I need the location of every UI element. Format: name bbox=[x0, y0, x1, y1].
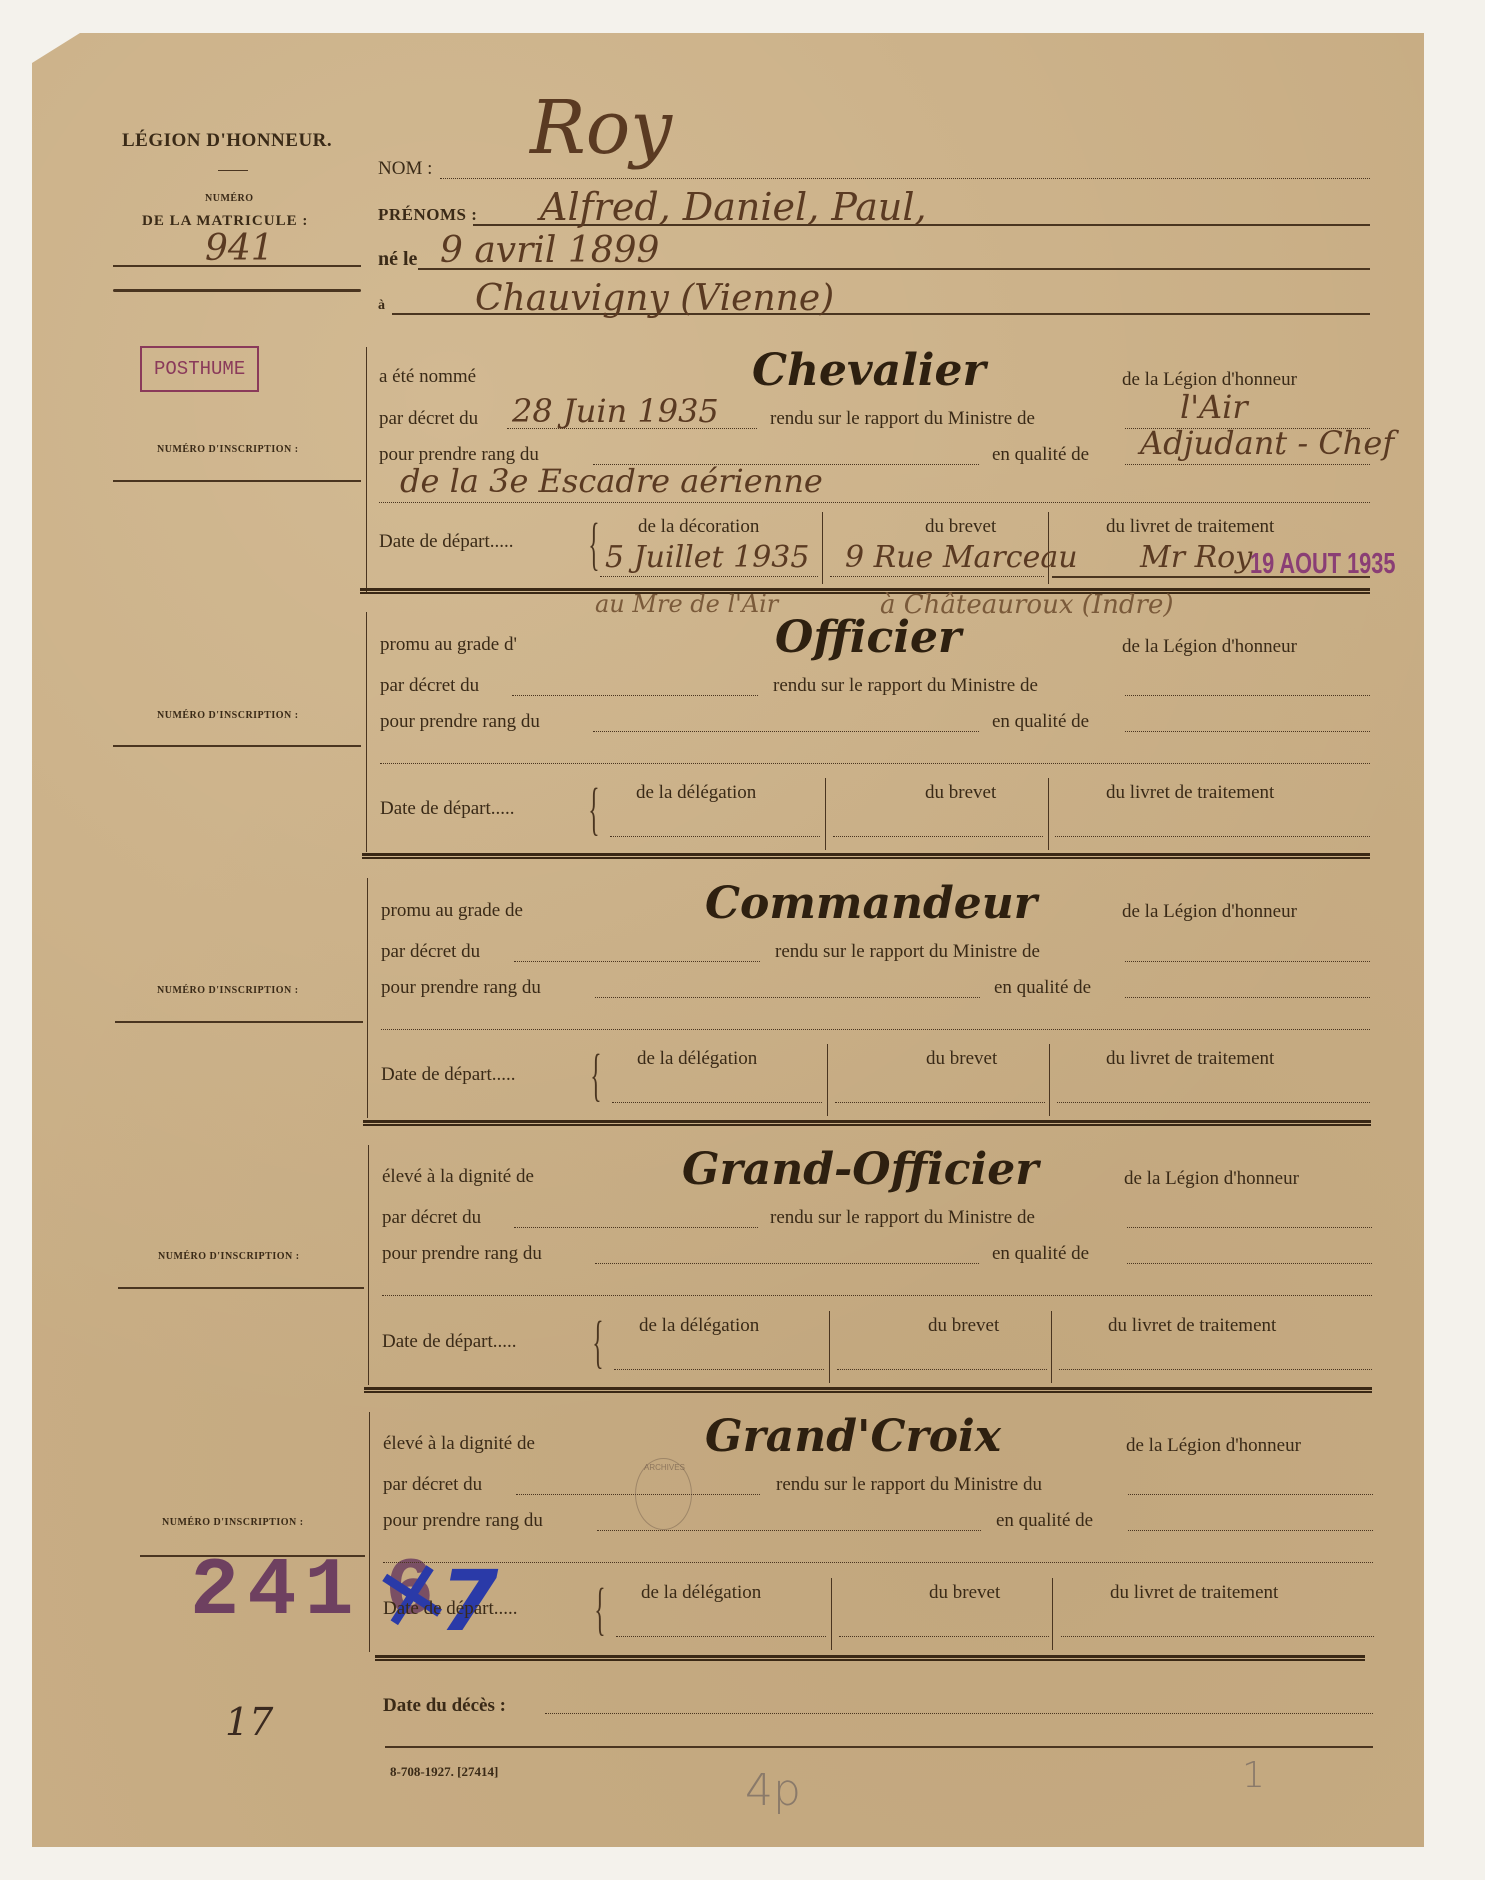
pencil-note-1: 1 bbox=[1242, 1755, 1265, 1796]
officier-rang-line bbox=[593, 731, 979, 732]
officier-extra-line bbox=[380, 763, 1370, 764]
officier-col-divider-2 bbox=[1048, 778, 1049, 850]
ne-le-label: né le bbox=[378, 248, 417, 271]
chevalier-extra-value: de la 3e Escadre aérienne bbox=[400, 462, 823, 500]
grand-croix-rendu-label: rendu sur le rapport du Ministre du bbox=[776, 1474, 1042, 1496]
grand-officier-extra-line bbox=[382, 1295, 1372, 1296]
inscription-line-officier bbox=[113, 745, 361, 747]
inscription-label-chevalier: NUMÉRO D'INSCRIPTION : bbox=[157, 444, 299, 455]
commandeur-extra-line bbox=[381, 1029, 1370, 1030]
commandeur-intro: promu au grade de bbox=[381, 900, 523, 922]
grand-officier-qualite-label: en qualité de bbox=[992, 1243, 1089, 1265]
officier-col-livret: du livret de traitement bbox=[1106, 782, 1274, 804]
grand-croix-col-delegation: de la délégation bbox=[641, 1582, 761, 1604]
chevalier-col-divider-1 bbox=[822, 512, 823, 584]
commandeur-brevet-line bbox=[835, 1102, 1045, 1103]
chevalier-rendu-label: rendu sur le rapport du Ministre de bbox=[770, 408, 1035, 430]
footer-rule bbox=[385, 1746, 1373, 1748]
chevalier-section-divider bbox=[360, 588, 1370, 594]
grand-croix-depart-label: Date de départ..... bbox=[383, 1598, 518, 1620]
grand-officier-livret-line bbox=[1059, 1369, 1372, 1370]
inscription-label-commandeur: NUMÉRO D'INSCRIPTION : bbox=[157, 985, 299, 996]
matricule-label-1: NUMÉRO bbox=[205, 193, 254, 204]
inscription-number-stamp: 241 bbox=[190, 1545, 362, 1638]
officier-rang-label: pour prendre rang du bbox=[380, 711, 540, 733]
officier-delegation-line bbox=[610, 836, 820, 837]
officier-intro: promu au grade d' bbox=[380, 634, 517, 656]
grand-croix-livret-line bbox=[1061, 1636, 1374, 1637]
inscription-line-grand-officier bbox=[118, 1287, 364, 1289]
chevalier-depart-label: Date de départ..... bbox=[379, 531, 514, 553]
inscription-line-commandeur bbox=[115, 1021, 363, 1023]
section-left-rule-grand-croix bbox=[369, 1412, 370, 1652]
date-stamp: 19 AOUT 1935 bbox=[1250, 548, 1395, 581]
commandeur-ministre-line bbox=[1125, 961, 1370, 962]
commandeur-livret-line bbox=[1057, 1102, 1370, 1103]
grand-croix-brace: { bbox=[594, 1580, 605, 1638]
grand-croix-col-livret: du livret de traitement bbox=[1110, 1582, 1278, 1604]
chevalier-intro: a été nommé bbox=[379, 366, 476, 388]
officier-brevet-line bbox=[833, 836, 1043, 837]
deces-line bbox=[545, 1713, 1373, 1714]
chevalier-decoration-line bbox=[600, 576, 818, 577]
grand-croix-col-divider-1 bbox=[831, 1578, 832, 1650]
commandeur-col-delegation: de la délégation bbox=[637, 1048, 757, 1070]
grand-officier-rendu-label: rendu sur le rapport du Ministre de bbox=[770, 1207, 1035, 1229]
grand-croix-extra-line bbox=[383, 1562, 1373, 1563]
chevalier-grade-title: Chevalier bbox=[752, 345, 986, 396]
grand-officier-col-livret: du livret de traitement bbox=[1108, 1315, 1276, 1337]
grand-croix-grade-title: Grand'Croix bbox=[705, 1411, 1001, 1462]
grand-officier-grade-title: Grand-Officier bbox=[682, 1144, 1038, 1195]
grand-croix-delegation-line bbox=[616, 1636, 826, 1637]
nom-label: NOM : bbox=[378, 158, 432, 180]
grand-officier-col-brevet: du brevet bbox=[928, 1315, 999, 1337]
officier-rendu-label: rendu sur le rapport du Ministre de bbox=[773, 675, 1038, 697]
officier-livret-line bbox=[1055, 836, 1370, 837]
grand-officier-delegation-line bbox=[614, 1369, 824, 1370]
commandeur-rang-label: pour prendre rang du bbox=[381, 977, 541, 999]
matricule-underline bbox=[113, 265, 361, 267]
commandeur-rendu-label: rendu sur le rapport du Ministre de bbox=[775, 941, 1040, 963]
section-left-rule-officier bbox=[366, 612, 367, 852]
a-label: à bbox=[378, 298, 385, 314]
grand-croix-rang-line bbox=[597, 1530, 981, 1531]
commandeur-decret-line bbox=[514, 961, 760, 962]
commandeur-col-brevet: du brevet bbox=[926, 1048, 997, 1070]
chevalier-qualite-value: Adjudant - Chef bbox=[1140, 424, 1394, 462]
matricule-double-underline bbox=[113, 289, 361, 292]
grand-officier-col-divider-1 bbox=[829, 1311, 830, 1383]
matricule-value: 941 bbox=[205, 228, 274, 269]
title-underline bbox=[218, 170, 248, 171]
officier-depart-label: Date de départ..... bbox=[380, 798, 515, 820]
a-value: Chauvigny (Vienne) bbox=[475, 278, 834, 319]
commandeur-legion: de la Légion d'honneur bbox=[1122, 901, 1297, 923]
chevalier-ministre-value: l'Air bbox=[1180, 388, 1248, 426]
section-left-rule-grand-officier bbox=[368, 1145, 369, 1385]
grand-officier-depart-label: Date de départ..... bbox=[382, 1331, 517, 1353]
nom-line bbox=[440, 178, 1370, 179]
print-reference: 8-708-1927. [27414] bbox=[390, 1764, 498, 1780]
commandeur-col-divider-1 bbox=[827, 1044, 828, 1116]
prenoms-value: Alfred, Daniel, Paul, bbox=[540, 185, 927, 229]
inscription-label-officier: NUMÉRO D'INSCRIPTION : bbox=[157, 710, 299, 721]
officier-section-divider bbox=[362, 853, 1370, 859]
grand-officier-rang-line bbox=[595, 1263, 979, 1264]
officier-decret-line bbox=[512, 695, 758, 696]
officier-brace: { bbox=[588, 780, 599, 838]
grand-croix-ministre-line bbox=[1128, 1494, 1373, 1495]
posthume-stamp: POSTHUME bbox=[140, 346, 259, 392]
grand-officier-qualite-line bbox=[1127, 1263, 1372, 1264]
commandeur-delegation-line bbox=[612, 1102, 822, 1103]
grand-officier-ministre-line bbox=[1127, 1227, 1372, 1228]
officier-col-delegation: de la délégation bbox=[636, 782, 756, 804]
grand-officier-legion: de la Légion d'honneur bbox=[1124, 1168, 1299, 1190]
commandeur-qualite-label: en qualité de bbox=[994, 977, 1091, 999]
pencil-note-4p: 4p bbox=[745, 1765, 801, 1816]
officier-qualite-line bbox=[1125, 731, 1370, 732]
document-title: LÉGION D'HONNEUR. bbox=[122, 130, 332, 152]
grand-officier-section-divider bbox=[364, 1387, 1372, 1393]
commandeur-col-livret: du livret de traitement bbox=[1106, 1048, 1274, 1070]
officier-grade-title: Officier bbox=[775, 612, 961, 663]
chevalier-extra-line bbox=[379, 502, 1370, 503]
grand-croix-col-brevet: du brevet bbox=[929, 1582, 1000, 1604]
grand-officier-brevet-line bbox=[837, 1369, 1047, 1370]
grand-croix-section-divider bbox=[375, 1655, 1365, 1661]
archives-seal-text: ARCHIVES bbox=[644, 1463, 685, 1472]
officier-col-divider-1 bbox=[825, 778, 826, 850]
ne-le-value: 9 avril 1899 bbox=[440, 230, 659, 271]
note-17: 17 bbox=[225, 1700, 273, 1744]
officier-legion: de la Légion d'honneur bbox=[1122, 636, 1297, 658]
grand-officier-brace: { bbox=[592, 1313, 603, 1371]
chevalier-livret-value: Mr Roy bbox=[1140, 540, 1252, 575]
inscription-label-grand-croix: NUMÉRO D'INSCRIPTION : bbox=[162, 1517, 304, 1528]
chevalier-brevet-line bbox=[830, 576, 1044, 577]
grand-croix-rang-label: pour prendre rang du bbox=[383, 1510, 543, 1532]
chevalier-col-decoration: de la décoration bbox=[638, 516, 759, 538]
chevalier-col-livret: du livret de traitement bbox=[1106, 516, 1274, 538]
grand-officier-col-divider-2 bbox=[1051, 1311, 1052, 1383]
grand-croix-qualite-label: en qualité de bbox=[996, 1510, 1093, 1532]
grand-croix-col-divider-2 bbox=[1052, 1578, 1053, 1650]
section-left-rule-commandeur bbox=[367, 878, 368, 1118]
commandeur-section-divider bbox=[363, 1120, 1371, 1126]
commandeur-qualite-line bbox=[1125, 997, 1370, 998]
grand-officier-intro: élevé à la dignité de bbox=[382, 1166, 534, 1188]
grand-officier-col-delegation: de la délégation bbox=[639, 1315, 759, 1337]
grand-croix-brevet-line bbox=[839, 1636, 1049, 1637]
grand-croix-decret-label: par décret du bbox=[383, 1474, 482, 1496]
grand-croix-intro: élevé à la dignité de bbox=[383, 1433, 535, 1455]
chevalier-qualite-label: en qualité de bbox=[992, 444, 1089, 466]
commandeur-decret-label: par décret du bbox=[381, 941, 480, 963]
chevalier-brace: { bbox=[588, 515, 599, 573]
grand-croix-legion: de la Légion d'honneur bbox=[1126, 1435, 1301, 1457]
commandeur-brace: { bbox=[590, 1046, 601, 1104]
prenoms-label: PRÉNOMS : bbox=[378, 205, 477, 225]
grand-officier-decret-label: par décret du bbox=[382, 1207, 481, 1229]
nom-value: Roy bbox=[530, 85, 672, 171]
commandeur-rang-line bbox=[595, 997, 980, 998]
deces-label: Date du décès : bbox=[383, 1695, 506, 1717]
commandeur-depart-label: Date de départ..... bbox=[381, 1064, 516, 1086]
archives-seal: ARCHIVES bbox=[635, 1458, 692, 1530]
chevalier-decret-label: par décret du bbox=[379, 408, 478, 430]
grand-officier-decret-line bbox=[514, 1227, 758, 1228]
chevalier-qualite-line bbox=[1125, 464, 1370, 465]
chevalier-decoration-note: au Mre de l'Air bbox=[595, 590, 778, 618]
chevalier-col-brevet: du brevet bbox=[925, 516, 996, 538]
chevalier-brevet-value: 9 Rue Marceau bbox=[845, 540, 1078, 575]
commandeur-col-divider-2 bbox=[1049, 1044, 1050, 1116]
chevalier-decoration-value: 5 Juillet 1935 bbox=[605, 540, 809, 575]
officier-qualite-label: en qualité de bbox=[992, 711, 1089, 733]
inscription-line-chevalier bbox=[113, 480, 361, 482]
commandeur-grade-title: Commandeur bbox=[705, 878, 1037, 929]
grand-croix-qualite-line bbox=[1128, 1530, 1373, 1531]
inscription-label-grand-officier: NUMÉRO D'INSCRIPTION : bbox=[158, 1251, 300, 1262]
officier-col-brevet: du brevet bbox=[925, 782, 996, 804]
section-left-rule-chevalier bbox=[366, 347, 367, 592]
grand-officier-rang-label: pour prendre rang du bbox=[382, 1243, 542, 1265]
chevalier-decret-value: 28 Juin 1935 bbox=[512, 392, 719, 430]
officier-decret-label: par décret du bbox=[380, 675, 479, 697]
officier-ministre-line bbox=[1125, 695, 1370, 696]
